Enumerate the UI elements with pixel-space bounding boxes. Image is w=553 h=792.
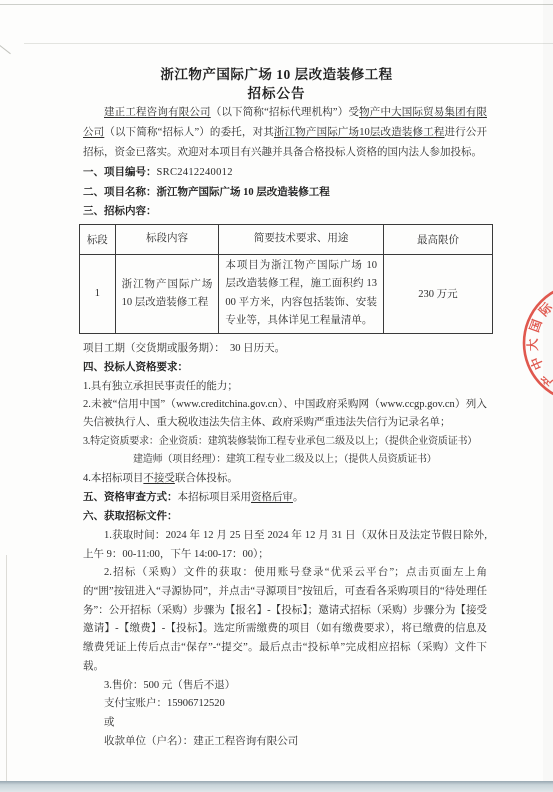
scan-bottom-edge xyxy=(0,781,553,792)
project-duration: 项目工期（交货期或服务期）： 30 日历天。 xyxy=(83,339,487,359)
document-header: 浙江物产国际广场 10 层改造装修工程 招标公告 xyxy=(0,66,553,102)
bid-table-row: 1 浙江物产国际广场 10 层改造装修工程 本项目为浙江物产国际广场 10 层改… xyxy=(80,254,493,333)
item-4-not-accepted: 不接受 xyxy=(143,473,175,484)
scan-edge-line-left xyxy=(6,555,7,781)
section-2-project-name: 二、项目名称：浙江物产国际广场 10 层改造装修工程 xyxy=(83,183,487,203)
doc-subtitle: 招标公告 xyxy=(0,85,553,102)
qualification-item-1: 1.具有独立承担民事责任的能力； xyxy=(83,378,487,396)
obtain-method: 2.招标（采购）文件的获取：使用账号登录“优采云平台”；点击页面左上角的“囲”按… xyxy=(83,564,487,676)
intro-text-2: （以下简称“招标人”）的委托，对其 xyxy=(104,127,274,138)
header-cell-requirements: 简要技术要求、用途 xyxy=(219,224,384,254)
intro-paragraph: 建正工程咨询有限公司（以下简称“招标代理机构”）受物产中大国际贸易集团有限公司（… xyxy=(83,103,487,163)
section-2-label: 二、项目名称： xyxy=(83,187,157,198)
qualification-item-2: 2.未被“信用中国”（www.creditchina.gov.cn）、中国政府采… xyxy=(83,396,487,433)
qualification-item-3-line-1: 3.特定资质要求：企业资质：建筑装修装饰工程专业承包二级及以上；（提供企业资质证… xyxy=(83,433,487,451)
section-6-heading: 六、获取招标文件： xyxy=(83,507,487,527)
header-cell-content: 标段内容 xyxy=(115,224,219,254)
bid-table: 标段 标段内容 简要技术要求、用途 最高限价 1 浙江物产国际广场 10 层改造… xyxy=(79,224,493,334)
section-4-items: 1.具有独立承担民事责任的能力； 2.未被“信用中国”（www.creditch… xyxy=(83,378,487,488)
section-1-label: 一、项目编号： xyxy=(83,167,157,178)
cell-max-price: 230 万元 xyxy=(383,254,492,333)
project-number-value: SRC2412240012 xyxy=(157,167,233,178)
svg-text:际: 际 xyxy=(536,299,553,319)
header-cell-section: 标段 xyxy=(80,224,116,254)
alipay-account: 支付宝账户：15906712520 xyxy=(83,695,487,714)
doc-title: 浙江物产国际广场 10 层改造装修工程 xyxy=(0,66,553,83)
document-body: 建正工程咨询有限公司（以下简称“招标代理机构”）受物产中大国际贸易集团有限公司（… xyxy=(83,103,487,751)
duration-value: 30 日历天。 xyxy=(230,343,285,354)
cell-requirements: 本项目为浙江物产国际广场 10 层改造装修工程，施工面积约 1300 平方米，内… xyxy=(219,254,384,333)
post-qualification-review: 资格后审 xyxy=(251,492,293,503)
section-5-review-method: 五、资格审查方式：本招标项目采用资格后审。 xyxy=(83,488,487,508)
qualification-item-3-line-2: 建造师（项目经理）：建筑工程专业二级及以上；（提供人员资质证书） xyxy=(83,451,487,469)
intro-text-1: （以下简称“招标代理机构”）受 xyxy=(211,107,359,118)
duration-label: 项目工期（交货期或服务期）： xyxy=(83,343,225,354)
svg-text:产: 产 xyxy=(538,369,553,389)
scan-corner-mark xyxy=(0,45,11,54)
company-seal-stamp: 物产中大国际贸易集团有限公司 xyxy=(518,278,553,408)
cell-content: 浙江物产国际广场 10 层改造装修工程 xyxy=(115,254,219,333)
qualification-item-4: 4.本招标项目不接受联合体投标。 xyxy=(83,470,487,488)
section-3-heading: 三、招标内容： xyxy=(83,202,487,222)
cell-section-no: 1 xyxy=(80,254,116,333)
payee-name: 收款单位（户名）：建正工程咨询有限公司 xyxy=(83,733,487,752)
project-name-inline: 浙江物产国际广场10层改造装修工程 xyxy=(274,127,445,138)
scanned-document: { "doc": { "title_line1": "浙江物产国际广场 10 层… xyxy=(0,0,553,792)
or-separator: 或 xyxy=(83,714,487,733)
item-4-text-end: 联合体投标。 xyxy=(175,473,238,484)
svg-text:国: 国 xyxy=(527,317,545,334)
agency-name: 建正工程咨询有限公司 xyxy=(104,107,211,118)
document-page: 浙江物产国际广场 10 层改造装修工程 招标公告 建正工程咨询有限公司（以下简称… xyxy=(0,0,553,792)
section-6-items: 1.获取时间：2024 年 12 月 25 日至 2024 年 12 月 31 … xyxy=(83,527,487,751)
project-name-value: 浙江物产国际广场 10 层改造装修工程 xyxy=(157,187,330,198)
scan-edge-line-top xyxy=(0,4,553,5)
section-4-heading: 四、投标人资格要求： xyxy=(83,358,487,378)
section-5-text: 本招标项目采用 xyxy=(178,492,252,503)
section-5-label: 五、资格审查方式： xyxy=(83,492,178,503)
scan-fold-line xyxy=(24,43,553,44)
section-5-text-end: 。 xyxy=(293,492,304,503)
section-1-project-number: 一、项目编号：SRC2412240012 xyxy=(83,163,487,183)
section-3-label: 三、招标内容： xyxy=(83,206,157,217)
bid-table-header-row: 标段 标段内容 简要技术要求、用途 最高限价 xyxy=(80,224,493,254)
item-4-text: 4.本招标项目 xyxy=(83,473,143,484)
svg-text:大: 大 xyxy=(525,338,540,352)
document-price: 3.售价：500 元（售后不退） xyxy=(83,677,487,696)
obtain-time: 1.获取时间：2024 年 12 月 25 日至 2024 年 12 月 31 … xyxy=(83,527,487,564)
header-cell-max-price: 最高限价 xyxy=(383,224,492,254)
